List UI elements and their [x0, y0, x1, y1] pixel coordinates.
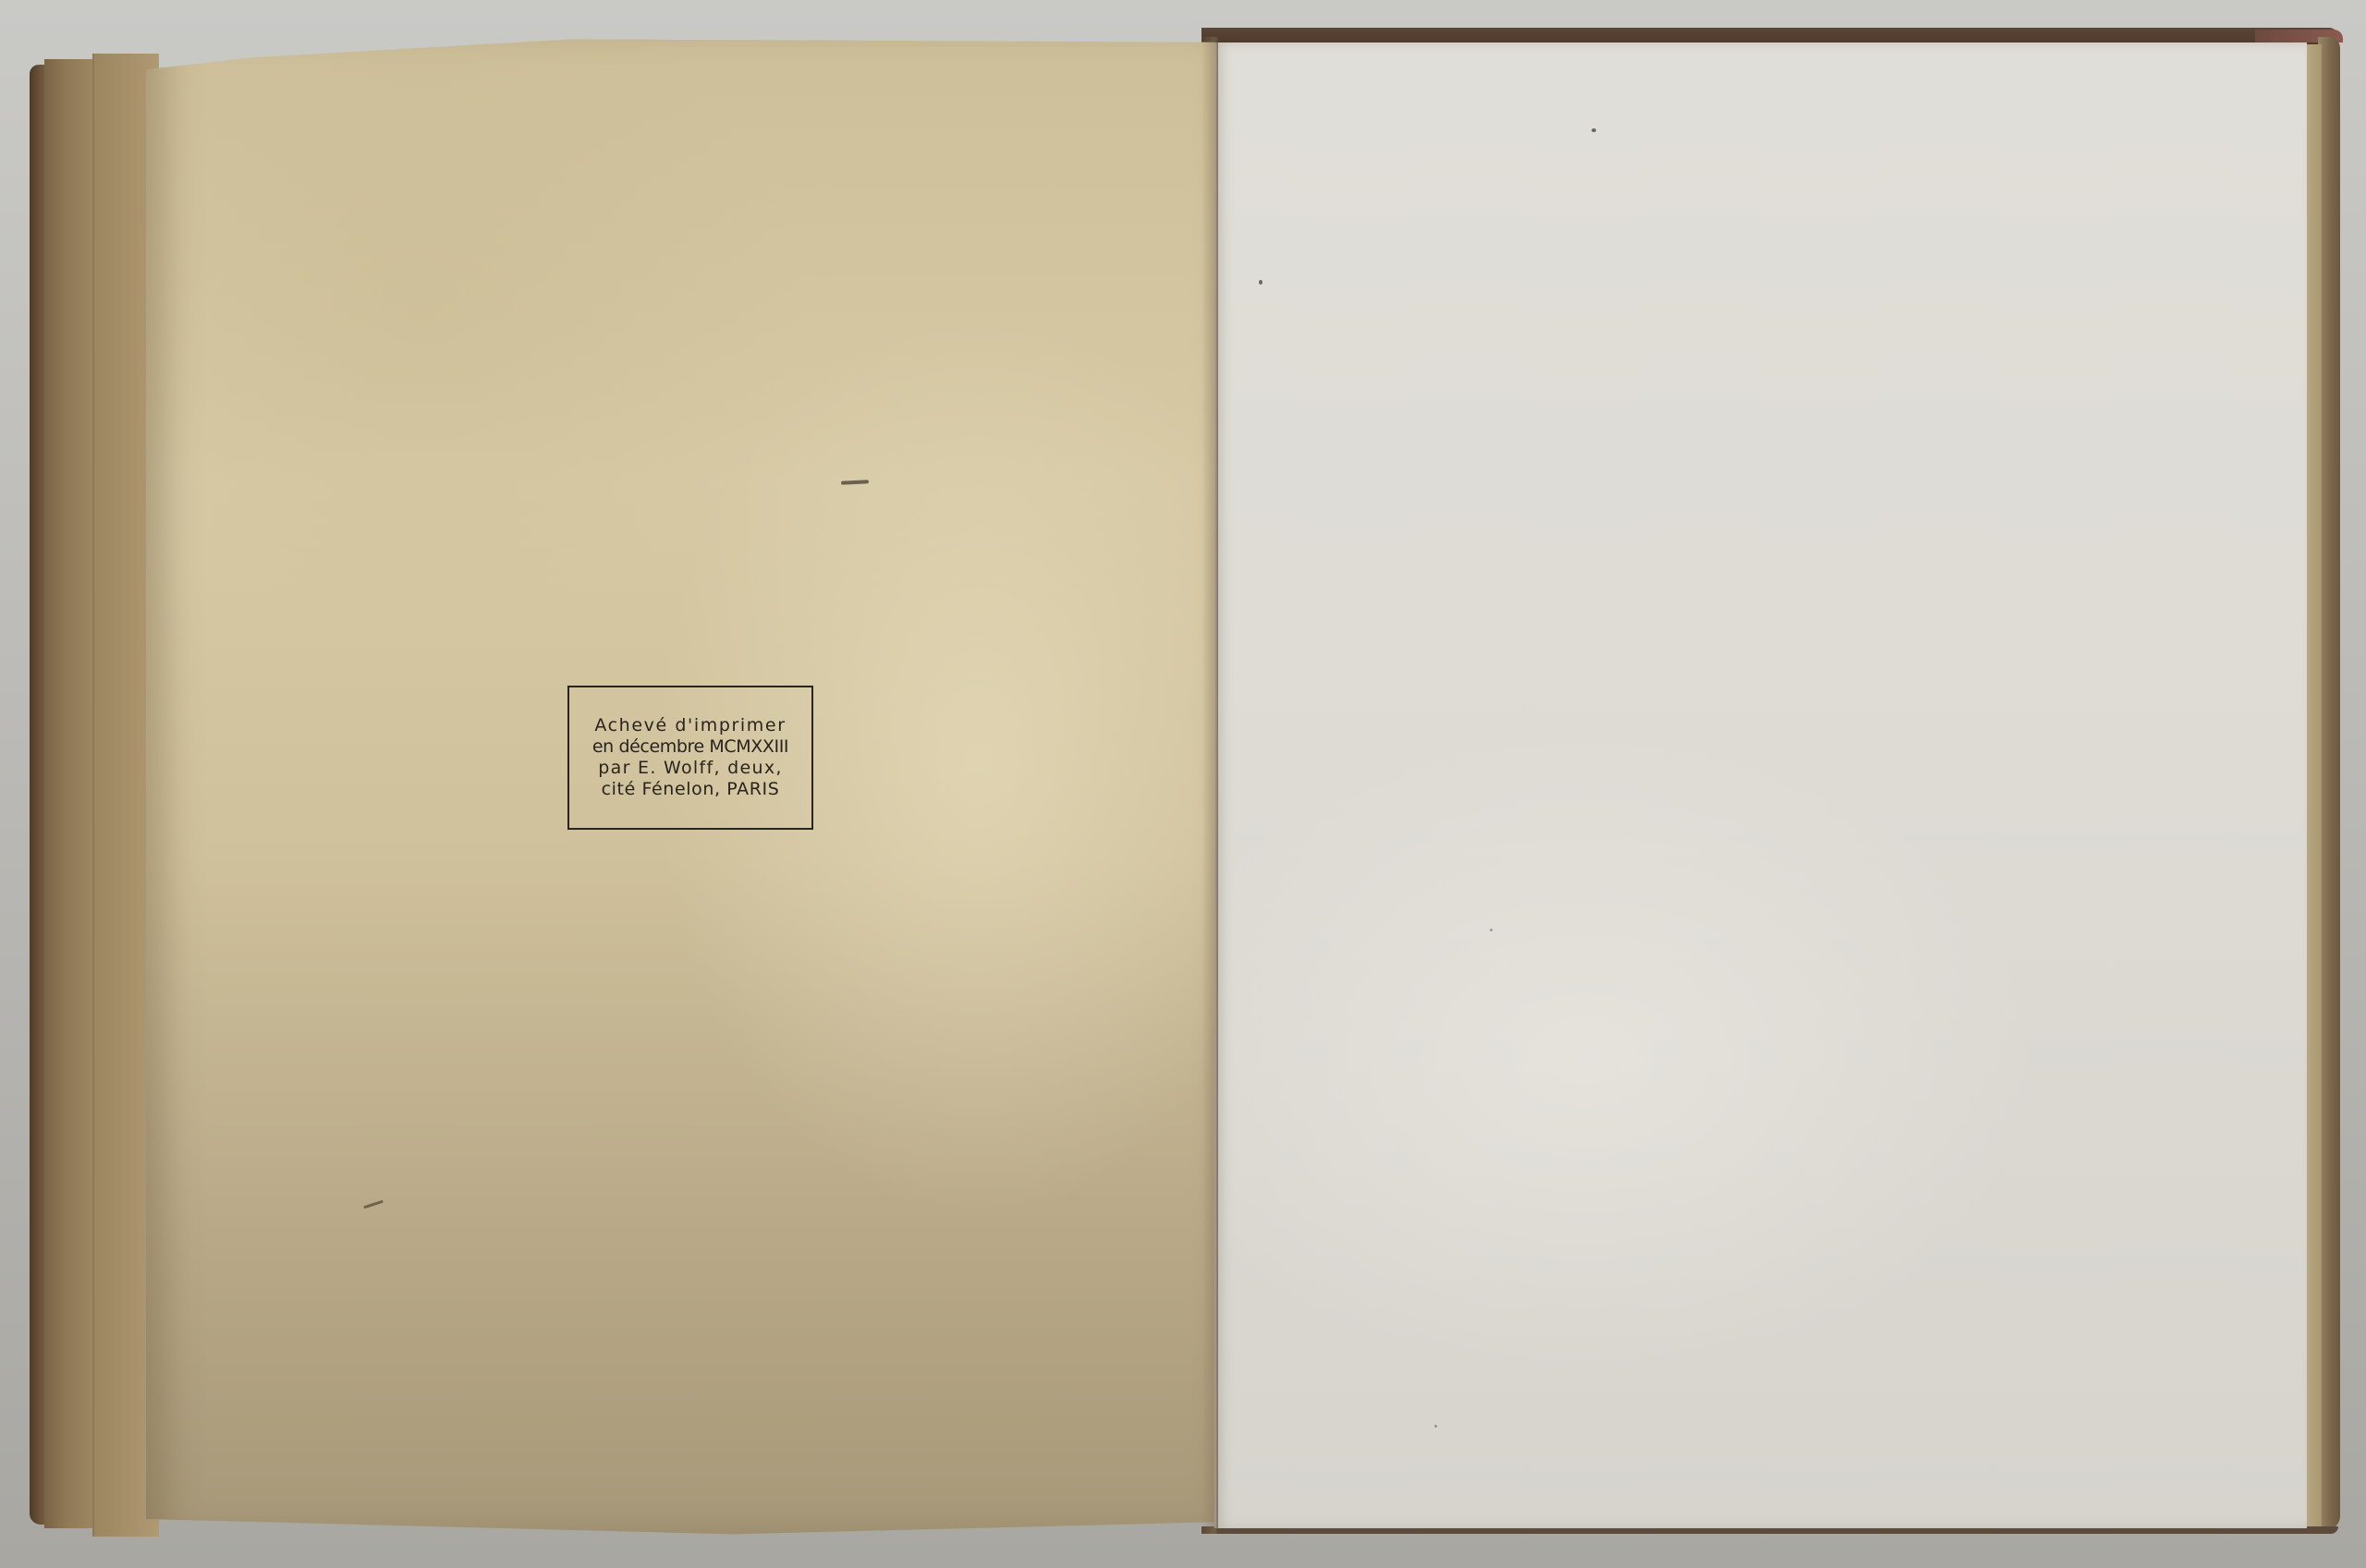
colophon-line-4: cité Fénelon, PARIS	[602, 779, 780, 800]
colophon-box: Achevé d'imprimer en décembre MCMXXIII p…	[567, 686, 813, 830]
paper-mark	[1592, 128, 1596, 132]
right-page-blank[interactable]	[1214, 43, 2307, 1528]
page-stack-right	[2305, 44, 2322, 1530]
page-stack-left-outer	[44, 59, 100, 1528]
colophon-line-1: Achevé d'imprimer	[594, 715, 786, 736]
paper-mark	[1434, 1425, 1437, 1428]
paper-mark	[1259, 280, 1262, 285]
colophon-line-2: en décembre MCMXXIII	[592, 736, 788, 758]
colophon-line-3: par E. Wolff, deux,	[598, 758, 782, 779]
book-gutter	[1201, 37, 1218, 1534]
paper-mark	[1490, 929, 1493, 931]
